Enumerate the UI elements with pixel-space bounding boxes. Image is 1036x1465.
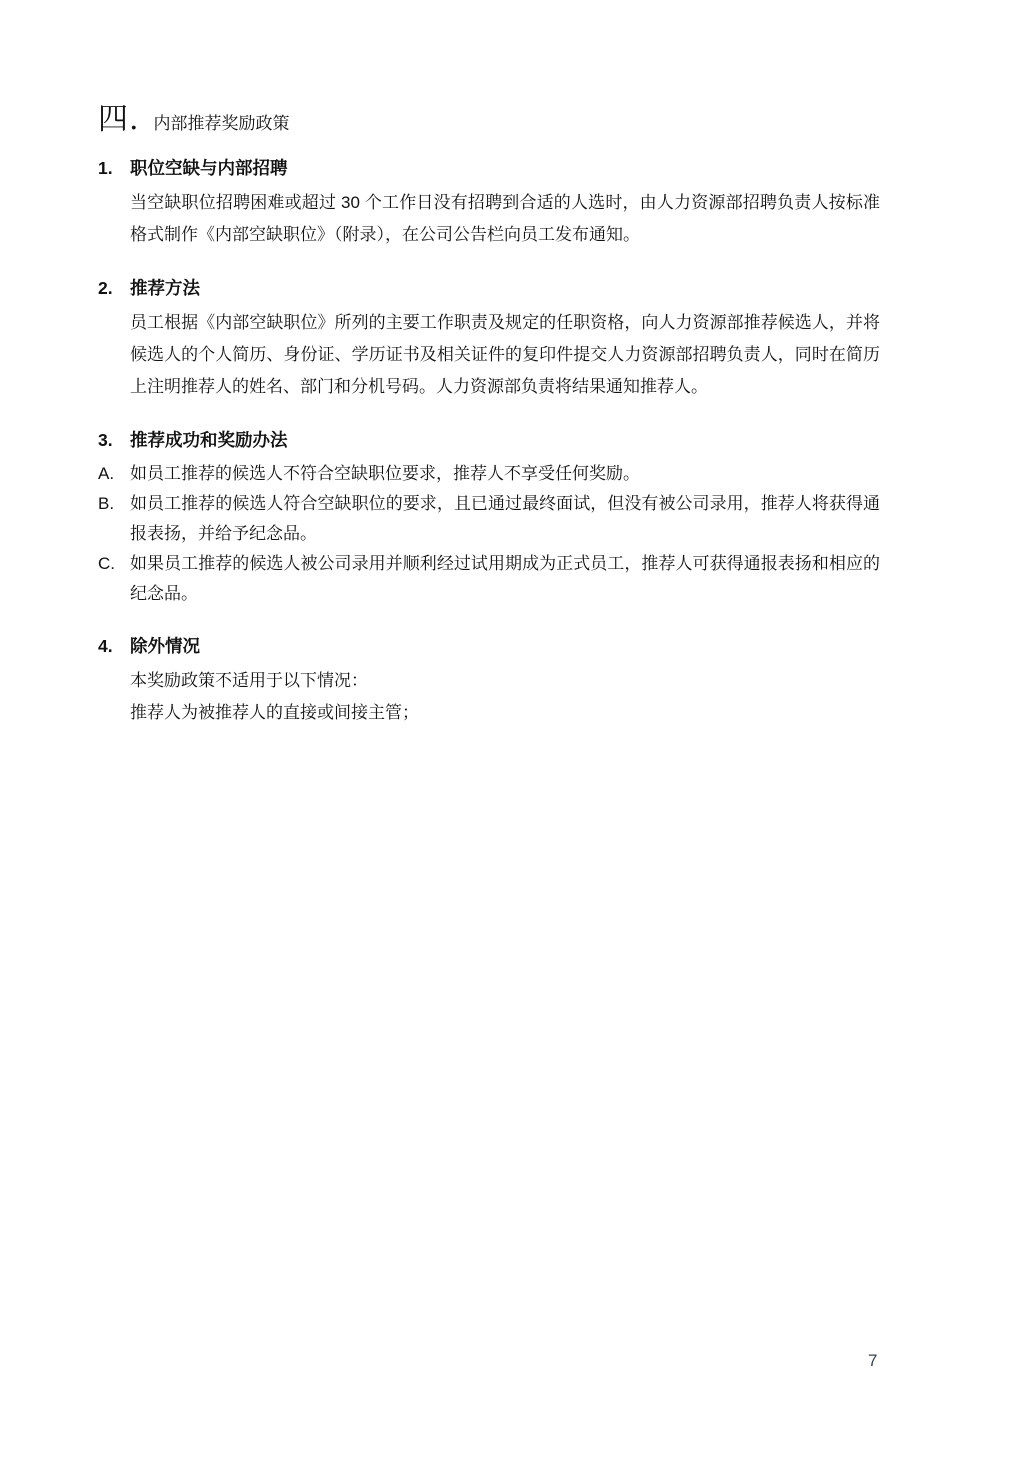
section-exclusions: 4. 除外情况 本奖励政策不适用于以下情况： 推荐人为被推荐人的直接或间接主管；: [98, 635, 880, 729]
list-item-label: C.: [98, 549, 130, 579]
document-content: 四. 内部推荐奖励政策 1. 职位空缺与内部招聘 当空缺职位招聘困难或超过 30…: [98, 103, 880, 729]
list-item-a: A. 如员工推荐的候选人不符合空缺职位要求，推荐人不享受任何奖励。: [98, 459, 880, 489]
document-page: 四. 内部推荐奖励政策 1. 职位空缺与内部招聘 当空缺职位招聘困难或超过 30…: [0, 0, 1036, 1465]
section-title: 除外情况: [130, 635, 200, 657]
section-title: 职位空缺与内部招聘: [130, 157, 288, 179]
chapter-heading: 四. 内部推荐奖励政策: [98, 103, 880, 137]
section-line: 推荐人为被推荐人的直接或间接主管；: [130, 697, 880, 729]
section-heading: 2. 推荐方法: [98, 277, 880, 299]
section-number: 4.: [98, 635, 130, 657]
list-item-label: B.: [98, 489, 130, 519]
section-paragraph: 员工根据《内部空缺职位》所列的主要工作职责及规定的任职资格，向人力资源部推荐候选…: [130, 307, 880, 403]
chapter-title: 内部推荐奖励政策: [154, 112, 290, 136]
section-title: 推荐方法: [130, 277, 200, 299]
list-item-b: B. 如员工推荐的候选人符合空缺职位的要求，且已通过最终面试，但没有被公司录用，…: [98, 489, 880, 549]
section-vacancy-internal-recruiting: 1. 职位空缺与内部招聘 当空缺职位招聘困难或超过 30 个工作日没有招聘到合适…: [98, 157, 880, 251]
list-item-label: A.: [98, 459, 130, 489]
section-number: 3.: [98, 429, 130, 451]
list-item-text: 如员工推荐的候选人符合空缺职位的要求，且已通过最终面试，但没有被公司录用，推荐人…: [130, 489, 880, 549]
section-referral-success-rewards: 3. 推荐成功和奖励办法 A. 如员工推荐的候选人不符合空缺职位要求，推荐人不享…: [98, 429, 880, 609]
chapter-numeral: 四.: [98, 103, 140, 137]
section-referral-method: 2. 推荐方法 员工根据《内部空缺职位》所列的主要工作职责及规定的任职资格，向人…: [98, 277, 880, 403]
section-number: 2.: [98, 277, 130, 299]
lettered-list: A. 如员工推荐的候选人不符合空缺职位要求，推荐人不享受任何奖励。 B. 如员工…: [98, 459, 880, 609]
list-item-text: 如员工推荐的候选人不符合空缺职位要求，推荐人不享受任何奖励。: [130, 459, 880, 489]
section-heading: 1. 职位空缺与内部招聘: [98, 157, 880, 179]
section-paragraph: 当空缺职位招聘困难或超过 30 个工作日没有招聘到合适的人选时，由人力资源部招聘…: [130, 187, 880, 251]
section-line: 本奖励政策不适用于以下情况：: [130, 665, 880, 697]
section-heading: 4. 除外情况: [98, 635, 880, 657]
list-item-text: 如果员工推荐的候选人被公司录用并顺利经过试用期成为正式员工，推荐人可获得通报表扬…: [130, 549, 880, 609]
section-title: 推荐成功和奖励办法: [130, 429, 288, 451]
list-item-c: C. 如果员工推荐的候选人被公司录用并顺利经过试用期成为正式员工，推荐人可获得通…: [98, 549, 880, 609]
page-number: 7: [868, 1350, 877, 1372]
section-heading: 3. 推荐成功和奖励办法: [98, 429, 880, 451]
section-number: 1.: [98, 157, 130, 179]
